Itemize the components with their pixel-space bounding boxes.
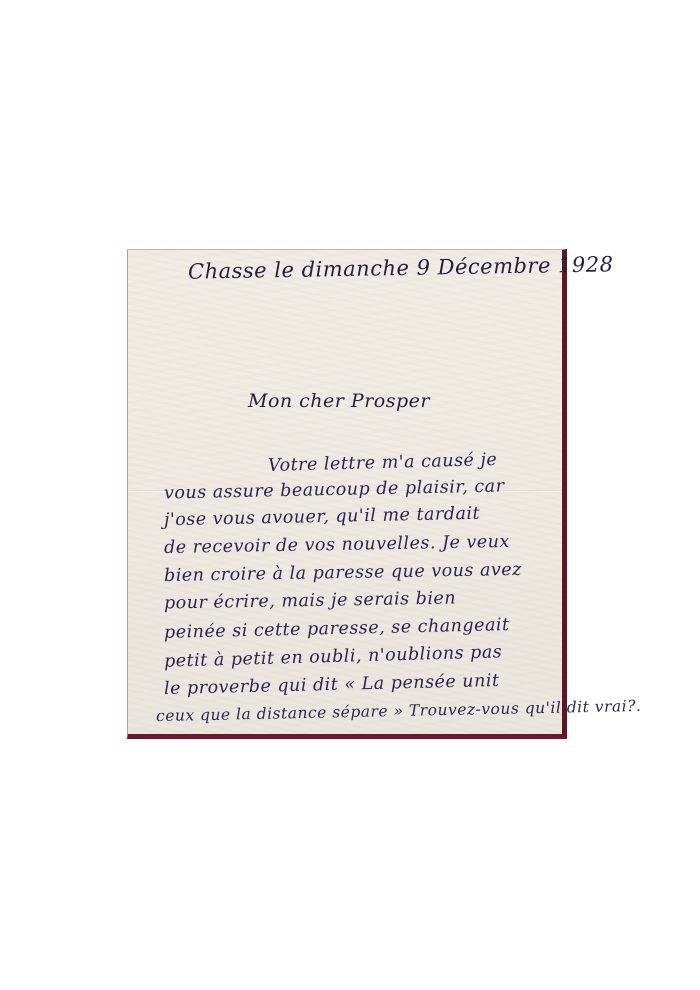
letter-page: Chasse le dimanche 9 Décembre 1928 Mon c… (127, 249, 567, 739)
letter-body-line: de recevoir de vos nouvelles. Je veux (164, 532, 510, 558)
letter-body-line: ceux que la distance sépare » Trouvez-vo… (156, 697, 642, 725)
letter-salutation: Mon cher Prosper (248, 390, 430, 412)
letter-body-line: petit à petit en oubli, n'oublions pas (164, 642, 503, 671)
letter-body-line: pour écrire, mais je serais bien (164, 588, 456, 613)
letter-body-line: le proverbe qui dit « La pensée unit (164, 671, 500, 699)
letter-dateline: Chasse le dimanche 9 Décembre 1928 (188, 252, 614, 283)
letter-body-line: j'ose vous avouer, qu'il me tardait (164, 504, 480, 531)
letter-body-line: vous assure beaucoup de plaisir, car (164, 476, 505, 503)
letter-body-line: Votre lettre m'a causé je (268, 450, 498, 476)
letter-body-line: peinée si cette paresse, se changeait (164, 615, 510, 643)
letter-body-line: bien croire à la paresse que vous avez (164, 560, 522, 586)
